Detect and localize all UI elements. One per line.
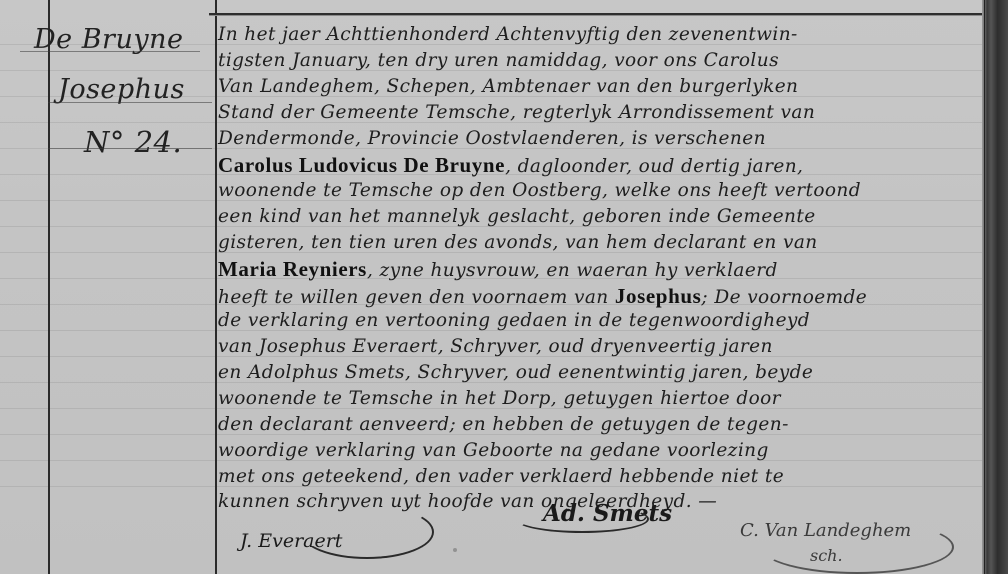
entry-line: Van Landeghem, Schepen, Ambtenaer van de… (218, 76, 798, 97)
mother-relation: zyne huysvrouw, en waeran hy verklaerd (380, 260, 778, 281)
entry-line: van Josephus Everaert, Schryver, oud dry… (218, 336, 773, 357)
entry-line: woordige verklaring van Geboorte na geda… (218, 440, 769, 461)
signature-flourish (300, 505, 434, 559)
father-occupation: dagloonder, oud dertig jaren, (518, 156, 804, 177)
entry-line: Carolus Ludovicus De Bruyne, dagloonder,… (218, 153, 803, 178)
margin-underline (48, 148, 212, 149)
entry-line: gisteren, ten tien uren des avonds, van … (218, 232, 818, 253)
entry-line: Maria Reyniers, zyne huysvrouw, en waera… (218, 257, 778, 282)
margin-underline (20, 51, 200, 52)
left-margin-rule (48, 0, 50, 574)
scan-spot (453, 548, 457, 552)
entry-line: en Adolphus Smets, Schryver, oud eenentw… (218, 362, 813, 383)
margin-underline (48, 102, 212, 103)
signature-flourish (760, 520, 954, 574)
top-rule (209, 13, 982, 16)
entry-line: woonende te Temsche op den Oostberg, wel… (218, 180, 861, 201)
entry-line: Dendermonde, Provincie Oostvlaenderen, i… (218, 128, 766, 149)
margin-given-name: Josephus (58, 74, 185, 105)
mother-name: Maria Reyniers (218, 257, 367, 281)
entry-line: een kind van het mannelyk geslacht, gebo… (218, 206, 816, 227)
register-page: De Bruyne Josephus N° 24. In het jaer Ac… (0, 0, 1008, 574)
entry-line-tail: De voornoemde (714, 287, 867, 308)
entry-line: Stand der Gemeente Temsche, regterlyk Ar… (218, 102, 815, 123)
column-rule (215, 0, 217, 574)
entry-line: den declarant aenveerd; en hebben de get… (218, 414, 789, 435)
entry-line: woonende te Temsche in het Dorp, getuyge… (218, 388, 781, 409)
entry-line: tigsten January, ten dry uren namiddag, … (218, 50, 779, 71)
child-given-name: Josephus (615, 284, 702, 308)
margin-entry-number: N° 24. (84, 125, 182, 159)
entry-line: heeft te willen geven den voornaem van J… (218, 284, 867, 309)
entry-line: de verklaring en vertooning gedaen in de… (218, 310, 810, 331)
given-name-phrase: heeft te willen geven den voornaem van (218, 287, 609, 308)
father-name: Carolus Ludovicus De Bruyne (218, 153, 505, 177)
binding-edge (982, 0, 1008, 574)
signature-flourish (515, 505, 649, 533)
entry-line: In het jaer Achttienhonderd Achtenvyftig… (218, 24, 798, 45)
entry-line: met ons geteekend, den vader verklaerd h… (218, 466, 784, 487)
